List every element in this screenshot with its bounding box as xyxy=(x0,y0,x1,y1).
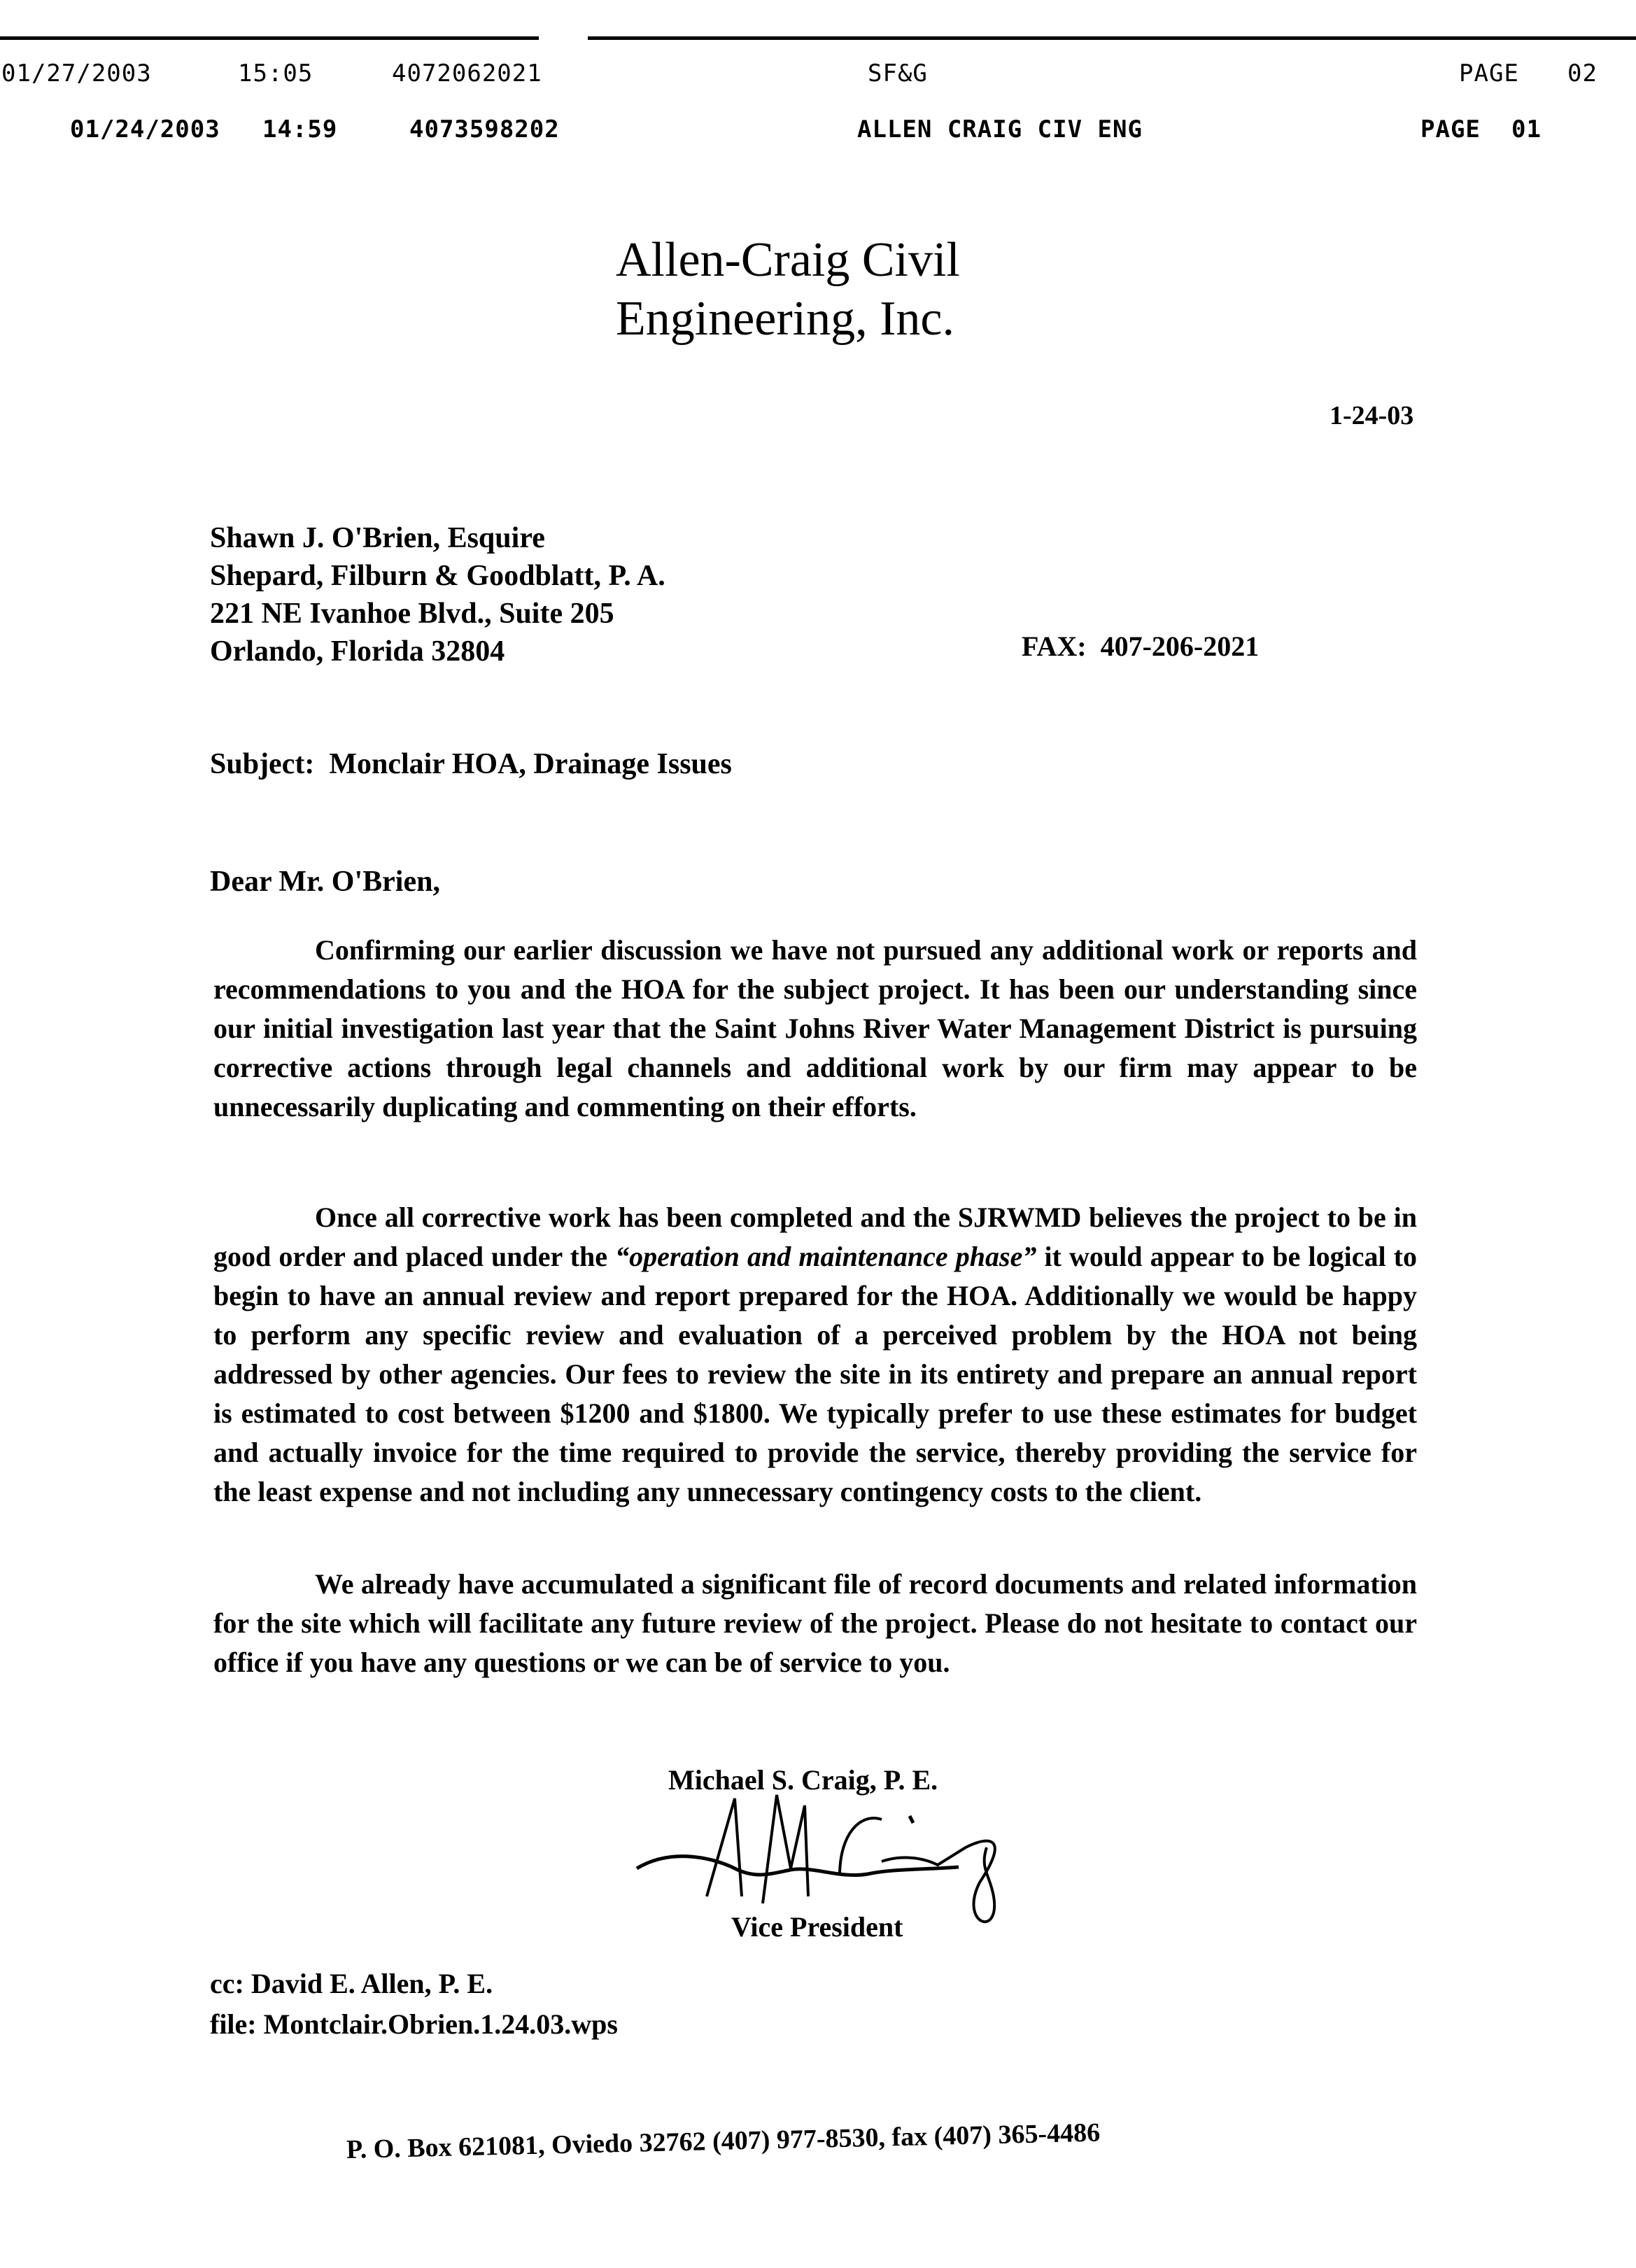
subject-label: Subject: xyxy=(210,748,314,780)
letterhead: Allen-Craig Civil Engineering, Inc. xyxy=(616,231,960,348)
recipient-name: Shawn J. O'Brien, Esquire xyxy=(210,519,665,557)
body-paragraph-3-text: We already have accumulated a significan… xyxy=(213,1568,1417,1678)
fax-line1-number: 4072062021 xyxy=(392,59,542,87)
letterhead-line2: Engineering, Inc. xyxy=(616,290,960,348)
fax-transmission-rule xyxy=(0,36,1636,40)
fax-line1-date: 01/27/2003 xyxy=(1,59,152,87)
fax-line2-number: 4073598202 xyxy=(409,115,560,143)
fax-line2-date: 01/24/2003 xyxy=(70,115,220,143)
fax-line1-time: 15:05 xyxy=(238,59,313,87)
recipient-address: Shawn J. O'Brien, Esquire Shepard, Filbu… xyxy=(210,519,665,670)
cc-line: cc: David E. Allen, P. E. xyxy=(210,1964,618,2004)
fax-line1-page: 02 xyxy=(1567,59,1598,87)
recipient-city: Orlando, Florida 32804 xyxy=(210,633,665,670)
recipient-street: 221 NE Ivanhoe Blvd., Suite 205 xyxy=(210,595,665,633)
fax-value: 407-206-2021 xyxy=(1101,631,1260,662)
fax-line1-sender: SF&G xyxy=(868,59,928,87)
fax-line2-time: 14:59 xyxy=(262,115,337,143)
body-paragraph-1-text: Confirming our earlier discussion we hav… xyxy=(213,934,1417,1122)
cc-block: cc: David E. Allen, P. E. file: Montclai… xyxy=(210,1964,618,2045)
signatory-title: Vice President xyxy=(731,1910,903,1943)
body-paragraph-3: We already have accumulated a significan… xyxy=(213,1565,1417,1682)
fax-line1-page-label: PAGE xyxy=(1459,59,1519,87)
fax-line2-sender: ALLEN CRAIG CIV ENG xyxy=(857,115,1143,143)
company-footer-address: P. O. Box 621081, Oviedo 32762 (407) 977… xyxy=(346,2118,1101,2165)
file-line: file: Montclair.Obrien.1.24.03.wps xyxy=(210,2004,618,2045)
subject-text: Monclair HOA, Drainage Issues xyxy=(329,748,732,780)
body-paragraph-2-text-b: it would appear to be logical to begin t… xyxy=(213,1241,1417,1507)
body-paragraph-2-emphasis: “operation and maintenance phase” xyxy=(615,1241,1036,1272)
fax-label: FAX: xyxy=(1022,631,1087,662)
letterhead-line1: Allen-Craig Civil xyxy=(616,231,960,290)
fax-line2-page: 01 xyxy=(1511,115,1542,143)
body-paragraph-2: Once all corrective work has been comple… xyxy=(213,1198,1417,1512)
recipient-firm: Shepard, Filburn & Goodblatt, P. A. xyxy=(210,557,665,595)
body-paragraph-1: Confirming our earlier discussion we hav… xyxy=(213,931,1417,1127)
subject-line: Subject: Monclair HOA, Drainage Issues xyxy=(210,747,732,781)
fax-number: FAX: 407-206-2021 xyxy=(1022,630,1259,663)
fax-line2-page-label: PAGE xyxy=(1420,115,1481,143)
letter-date: 1-24-03 xyxy=(1330,400,1413,431)
salutation: Dear Mr. O'Brien, xyxy=(210,865,440,899)
